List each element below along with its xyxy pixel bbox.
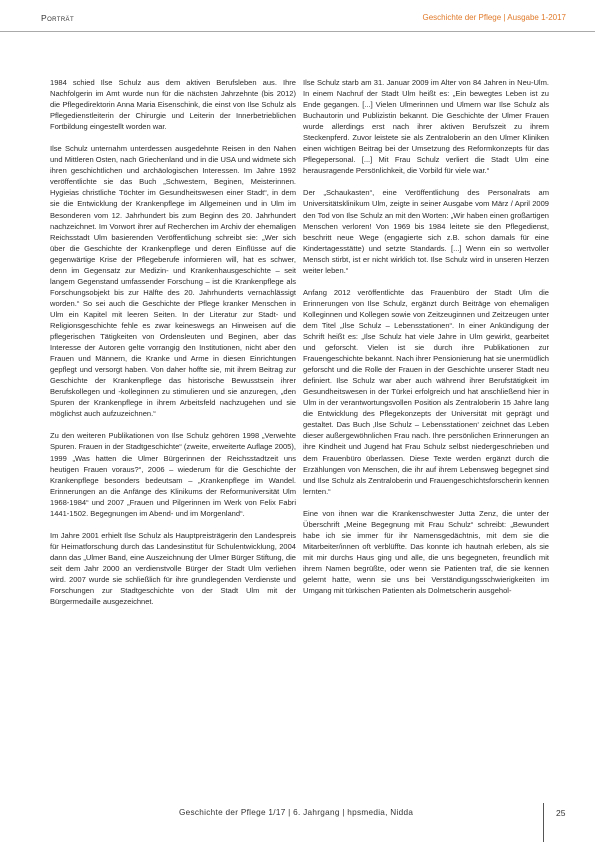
publication-title: Geschichte der Pflege | Ausgabe 1-2017 <box>422 13 566 22</box>
left-column: 1984 schied Ilse Schulz aus dem aktiven … <box>50 77 296 618</box>
paragraph: Ilse Schulz unternahm unterdessen ausged… <box>50 143 296 419</box>
header-divider <box>0 31 595 32</box>
page-number: 25 <box>556 808 565 818</box>
paragraph: 1984 schied Ilse Schulz aus dem aktiven … <box>50 77 296 132</box>
paragraph: Anfang 2012 veröffentlichte das Frauenbü… <box>303 287 549 497</box>
paragraph: Ilse Schulz starb am 31. Januar 2009 im … <box>303 77 549 176</box>
paragraph: Im Jahre 2001 erhielt Ilse Schulz als Ha… <box>50 530 296 607</box>
paragraph: Eine von ihnen war die Krankenschwester … <box>303 508 549 596</box>
section-label: Porträt <box>41 13 74 23</box>
paragraph: Zu den weiteren Publikationen von Ilse S… <box>50 430 296 518</box>
paragraph: Der „Schaukasten“, eine Veröffentlichung… <box>303 187 549 275</box>
footer-divider <box>543 803 544 842</box>
footer-citation: Geschichte der Pflege 1/17 | 6. Jahrgang… <box>179 808 413 817</box>
right-column: Ilse Schulz starb am 31. Januar 2009 im … <box>303 77 549 607</box>
